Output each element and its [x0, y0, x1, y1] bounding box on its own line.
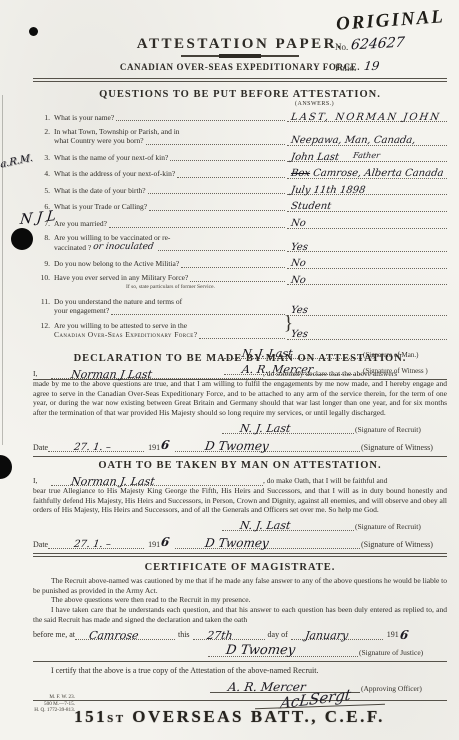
question-text: Are you willing to be attested to serve … — [54, 321, 287, 331]
signature-label: (Signature of Witness) — [360, 443, 447, 452]
answer-line: Yes — [287, 328, 447, 340]
justice-signature: D Twomey — [225, 643, 296, 658]
answer-line: Yes — [287, 240, 447, 252]
question-row-12: 12. Are you willing to be attested to se… — [33, 321, 447, 340]
answer-birthdate: July 11th 1898 — [290, 186, 366, 196]
answer-line: BoxCamrose, Alberta Canada — [287, 167, 447, 179]
recruit-signature-row: N. J. Last (Signature of Recruit) — [33, 518, 447, 531]
answer-married: No — [290, 219, 306, 229]
day-line: 27th — [193, 628, 265, 640]
answer-vaccinated: Yes — [290, 243, 308, 253]
question-row-3: 3. What is the name of your next-of kin?… — [33, 150, 447, 162]
witness-signature: D Twomey — [204, 439, 270, 453]
declaration-section: DECLARATION TO BE MADE BY MAN ON ATTESTA… — [33, 349, 447, 457]
question-text: What is your name? — [54, 113, 114, 123]
answer-line: No — [287, 257, 447, 269]
magistrate-heading: CERTIFICATE OF MAGISTRATE. — [33, 562, 447, 573]
this-label: this — [178, 630, 190, 640]
question-row-2: 2. In what Town, Township or Parish, and… — [33, 127, 447, 146]
certify-statement: I certify that the above is a true copy … — [33, 666, 447, 675]
answer-line: July 11th 1898 — [287, 183, 447, 195]
section-divider — [33, 661, 447, 662]
questions-heading: QUESTIONS TO BE PUT BEFORE ATTESTATION. — [33, 89, 447, 100]
answer-engagement: Yes — [290, 306, 308, 316]
dayof-label: day of — [268, 630, 288, 640]
question-text: In what Town, Township or Parish, and in — [54, 127, 287, 137]
recruit-signature: N. J. Last — [239, 519, 291, 532]
place-line: Camrose — [75, 628, 175, 640]
question-row-1: 1. What is your name? LAST, NORMAN JOHN — [33, 110, 447, 122]
oath-heading: OATH TO BE TAKEN BY MAN ON ATTESTATION. — [33, 460, 447, 471]
question-text: What is the date of your birth? — [54, 186, 146, 196]
month-line: January — [291, 628, 383, 640]
place-value: Camrose — [88, 631, 139, 641]
answers-caption: (ANSWERS.) — [295, 101, 447, 107]
oath-name: Norman J. Last — [70, 477, 155, 487]
declaration-line1: , do solemnly declare that the above ans… — [263, 369, 397, 379]
year-written: 6 — [399, 630, 409, 640]
question-text: Do you now belong to the Active Militia? — [54, 259, 179, 269]
oath-line1: , do make Oath, that I will be faithful … — [263, 476, 387, 486]
question-row-4: 4. What is the address of your next-of-k… — [33, 167, 447, 179]
name-line: Norman J Last — [51, 367, 263, 379]
answer-next-of-kin: John LastFather — [290, 153, 380, 163]
question-text: What is the name of your next-of kin? — [54, 153, 168, 163]
question-row-8: 8. Are you willing to be vaccinated or r… — [33, 233, 447, 252]
answer-kin-address: BoxCamrose, Alberta Canada — [290, 169, 444, 179]
before-me-row: before me, at Camrose this 27th day of J… — [33, 628, 447, 640]
attestation-paper-scan: a.R.M. N J L ORIGINAL ATTESTATION PAPER.… — [0, 0, 459, 740]
question-row-10: 10. Have you ever served in any Military… — [33, 273, 447, 292]
struck-word: Box — [290, 168, 311, 179]
signature-line: N. J. Last — [222, 518, 354, 531]
year-printed: 191 — [148, 443, 160, 452]
date-value: 27. 1. – — [73, 539, 111, 550]
year-printed: 191 — [148, 540, 160, 549]
witness-signature: D Twomey — [204, 536, 270, 550]
signature-label: (Signature of Recruit) — [354, 425, 447, 434]
left-margin-line — [2, 95, 3, 445]
answer-kin-relation: Father — [353, 151, 381, 160]
answer-name: LAST, NORMAN JOHN — [290, 113, 441, 123]
inserted-amendment: or inoculated — [93, 243, 155, 253]
signature-label: (Signature of Witness) — [360, 540, 447, 549]
answer-birthplace: Neepawa, Man, Canada, — [290, 136, 416, 146]
answer-line: LAST, NORMAN JOHN — [287, 110, 447, 122]
question-text: Are you willing to be vaccinated or re- — [54, 233, 287, 243]
battalion-stamp: 151ST OVERSEAS BATT., C.E.F. — [0, 707, 459, 727]
answer-line: No — [287, 273, 447, 285]
question-text: Do you understand the nature and terms o… — [54, 297, 287, 307]
i-label: I, — [33, 476, 51, 486]
answer-line: No — [287, 217, 447, 229]
question-text: Have you ever served in any Military For… — [54, 273, 188, 283]
declared-name: Norman J Last — [70, 370, 152, 380]
oath-date-row: Date 27. 1. – 191 6 D Twomey (Signature … — [33, 535, 447, 549]
question-row-11: 11. Do you understand the nature and ter… — [33, 297, 447, 316]
recruit-signature-row: N. J. Last (Signature of Recruit) — [33, 421, 447, 434]
answer-line: Yes — [287, 304, 447, 316]
declaration-body: made by me to the above questions are tr… — [33, 379, 447, 418]
year-written: 6 — [160, 438, 170, 452]
question-row-5: 5. What is the date of your birth? July … — [33, 183, 447, 195]
hole-punch-edge — [0, 455, 12, 479]
section-divider — [33, 553, 447, 557]
answer-military-service: No — [290, 276, 306, 286]
year-printed: 191 — [387, 630, 399, 640]
year-written: 6 — [160, 535, 170, 549]
hole-punch — [11, 228, 33, 250]
questions-section: QUESTIONS TO BE PUT BEFORE ATTESTATION. … — [33, 84, 447, 380]
oath-section: OATH TO BE TAKEN BY MAN ON ATTESTATION. … — [33, 456, 447, 557]
magistrate-para3: I have taken care that he understands ea… — [33, 605, 447, 624]
answer-militia: No — [290, 259, 306, 269]
before-label: before me, at — [33, 630, 75, 640]
declaration-date-row: Date 27. 1. – 191 6 D Twomey (Signature … — [33, 438, 447, 452]
number-folio-block: No. 624627 Folio. 19 — [335, 36, 453, 80]
date-label: Date — [33, 540, 48, 549]
magistrate-section: CERTIFICATE OF MAGISTRATE. The Recruit a… — [33, 558, 447, 701]
date-value: 27. 1. – — [73, 442, 111, 453]
question-row-7: 7. Are you married? No — [33, 217, 447, 229]
magistrate-para1: The Recruit above-named was cautioned by… — [33, 576, 447, 595]
answer-trade: Student — [290, 202, 331, 212]
declaration-heading: DECLARATION TO BE MADE BY MAN ON ATTESTA… — [33, 353, 447, 364]
magistrate-para2: The above questions were then read to th… — [33, 595, 447, 605]
signature-line: D Twomey — [208, 644, 358, 657]
question-subcaption: If so, state particulars of former Servi… — [54, 283, 287, 293]
question-text: What is your Trade or Calling? — [54, 202, 147, 212]
witness-line: D Twomey — [175, 440, 360, 452]
i-label: I, — [33, 369, 51, 379]
signature-label: (Approving Officer) — [360, 684, 447, 693]
folio-label: Folio. — [335, 63, 356, 73]
month-value: January — [304, 631, 349, 641]
question-row-9: 9. Do you now belong to the Active Milit… — [33, 257, 447, 269]
date-line: 27. 1. – — [48, 537, 144, 549]
date-line: 27. 1. – — [48, 440, 144, 452]
folio-number: 19 — [363, 59, 380, 73]
day-value: 27th — [206, 631, 233, 641]
question-row-6: 6. What is your Trade or Calling? Studen… — [33, 200, 447, 212]
signature-line: N. J. Last — [222, 421, 354, 434]
answer-line: Neepawa, Man, Canada, — [287, 134, 447, 146]
margin-witness-initials: a.R.M. — [0, 152, 33, 170]
answer-line: John LastFather — [287, 150, 447, 162]
answer-attested: Yes — [290, 330, 308, 340]
no-label: No. — [335, 42, 348, 52]
title-rule — [181, 55, 299, 57]
witness-line: D Twomey — [175, 537, 360, 549]
question-text: What is the address of your next-of-kin? — [54, 169, 175, 179]
justice-signature-row: D Twomey (Signature of Justice) — [33, 644, 447, 657]
answer-line: Student — [287, 200, 447, 212]
name-line: Norman J. Last — [51, 474, 263, 486]
oath-body: bear true Allegiance to His Majesty King… — [33, 486, 447, 515]
signature-label: (Signature of Recruit) — [354, 522, 447, 531]
serial-number: 624627 — [350, 35, 405, 54]
question-text: Are you married? — [54, 219, 107, 229]
date-label: Date — [33, 443, 48, 452]
recruit-signature: N. J. Last — [239, 422, 291, 435]
approving-officer-row: A. R. Mercer (Approving Officer) — [33, 680, 447, 693]
bottom-divider — [33, 700, 447, 701]
signature-label: (Signature of Justice) — [358, 648, 447, 657]
